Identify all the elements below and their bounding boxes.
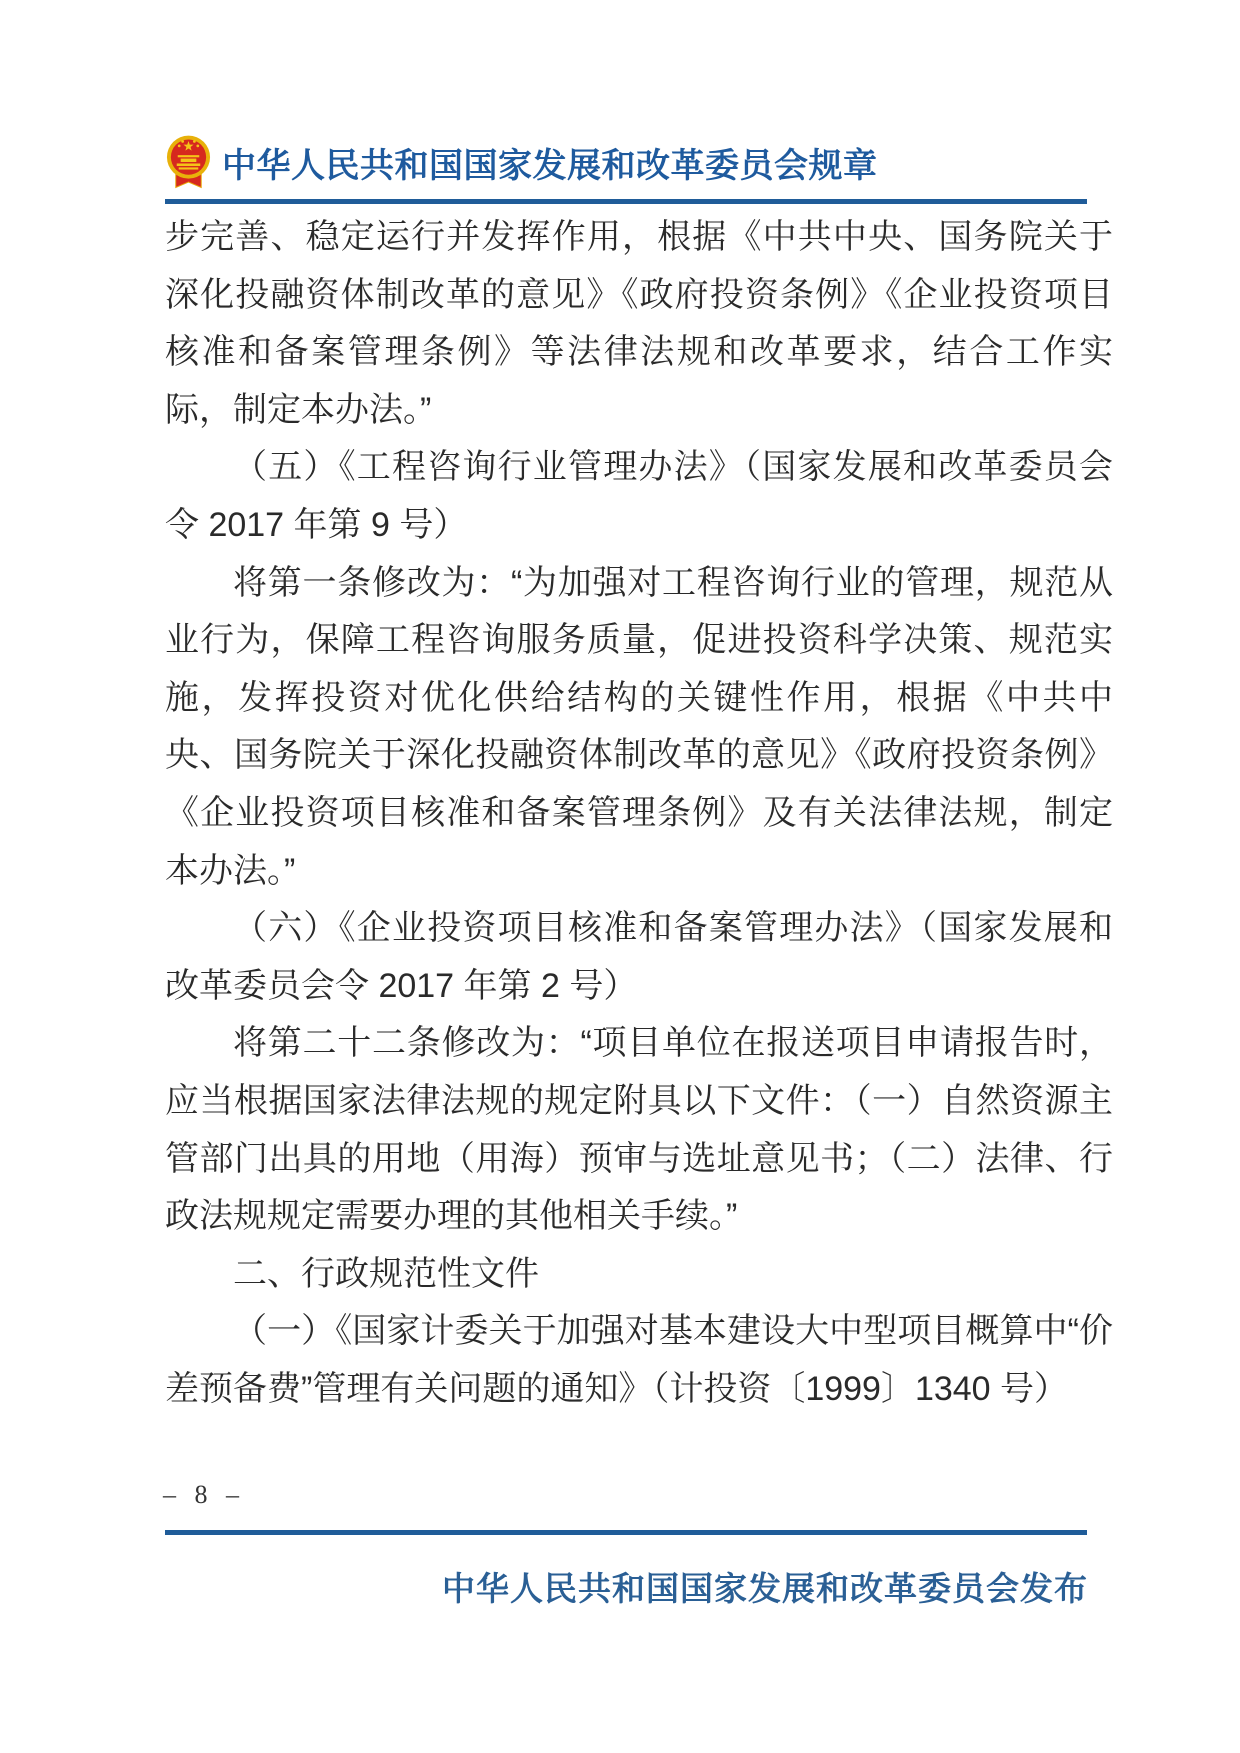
document-header: 中华人民共和国国家发展和改革委员会规章: [165, 128, 878, 196]
body-paragraph: 步完善、稳定运行并发挥作用，根据《中共中央、国务院关于深化投融资体制改革的意见》…: [165, 209, 1113, 439]
document-body: 步完善、稳定运行并发挥作用，根据《中共中央、国务院关于深化投融资体制改革的意见》…: [165, 209, 1113, 1418]
body-paragraph: （一）《国家计委关于加强对基本建设大中型项目概算中“价差预备费”管理有关问题的通…: [165, 1303, 1113, 1418]
national-emblem-icon: [165, 129, 212, 195]
body-paragraph: （五）《工程咨询行业管理办法》（国家发展和改革委员会令 2017 年第 9 号）: [165, 439, 1113, 554]
body-paragraph: （六）《企业投资项目核准和备案管理办法》（国家发展和改革委员会令 2017 年第…: [165, 900, 1113, 1015]
header-divider: [165, 199, 1087, 204]
body-paragraph: 将第二十二条修改为：“项目单位在报送项目申请报告时，应当根据国家法律法规的规定附…: [165, 1015, 1113, 1245]
footer-divider: [165, 1530, 1087, 1535]
document-page: 中华人民共和国国家发展和改革委员会规章 步完善、稳定运行并发挥作用，根据《中共中…: [0, 0, 1240, 1753]
publisher-line: 中华人民共和国国家发展和改革委员会发布: [442, 1563, 1088, 1610]
page-title: 中华人民共和国国家发展和改革委员会规章: [222, 138, 878, 187]
body-paragraph: 将第一条修改为：“为加强对工程咨询行业的管理，规范从业行为，保障工程咨询服务质量…: [165, 555, 1113, 901]
page-number: – 8 –: [163, 1480, 242, 1510]
body-paragraph: 二、行政规范性文件: [165, 1246, 1113, 1304]
